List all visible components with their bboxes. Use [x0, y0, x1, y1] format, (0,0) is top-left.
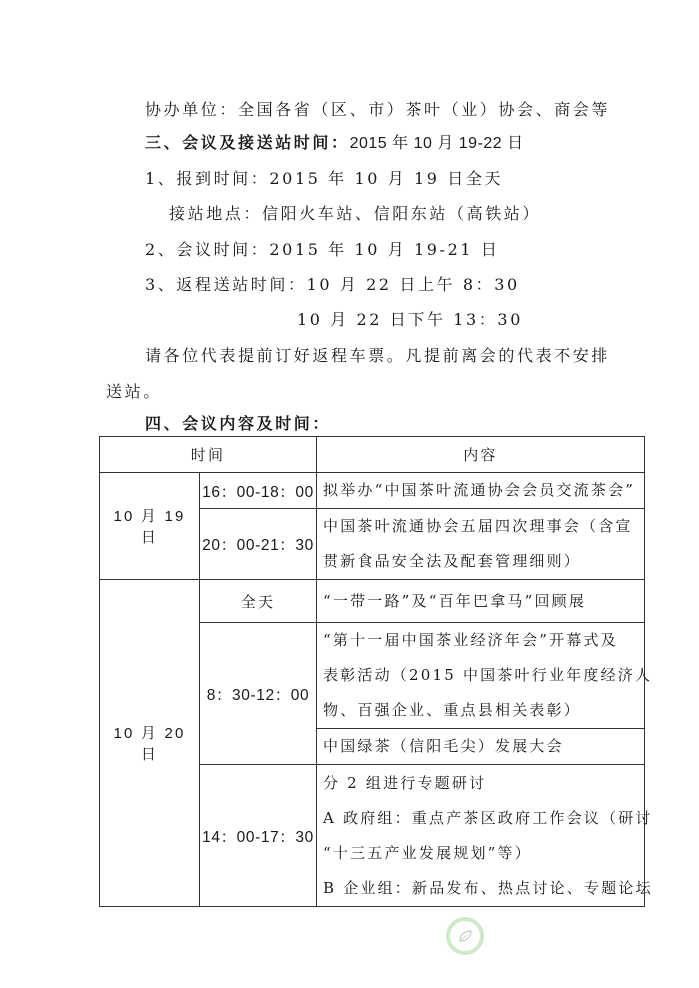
time-cell: 14：00-17：30: [200, 765, 317, 907]
time-cell: 全天: [200, 580, 317, 623]
section3-heading: 三、会议及接送站时间：2015 年 10 月 19-22 日: [145, 133, 524, 154]
date-cell: 10 月 20 日: [100, 580, 200, 907]
content-cell: “第十一届中国茶业经济年会”开幕式及 表彰活动（2015 中国茶叶行业年度经济人…: [317, 623, 645, 729]
registration-time: 1、报到时间：2015 年 10 月 19 日全天: [145, 169, 503, 189]
content-cell: 分 2 组进行专题研讨 A 政府组：重点产茶区政府工作会议（研讨 “十三五产业发…: [317, 765, 645, 907]
date-cell: 10 月 19 日: [100, 473, 200, 580]
return-time: 3、返程送站时间：10 月 22 日上午 8：30: [145, 275, 520, 295]
leaf-glyph-icon: [456, 927, 474, 945]
content-line: “一带一路”及“百年巴拿马”回顾展: [323, 584, 638, 619]
meeting-time: 2、会议时间：2015 年 10 月 19-21 日: [145, 240, 499, 260]
header-content: 内容: [317, 437, 645, 473]
notice-text-line1: 请各位代表提前订好返程车票。凡提前离会的代表不安排: [145, 346, 610, 366]
content-line: A 政府组：重点产茶区政府工作会议（研讨: [323, 801, 638, 836]
content-line: 分 2 组进行专题研讨: [323, 766, 638, 801]
table-row: 10 月 19 日 16：00-18：00 拟举办“中国茶叶流通协会会员交流茶会…: [100, 473, 645, 509]
time-cell: 20：00-21：30: [200, 509, 317, 580]
content-line: 中国绿茶（信阳毛尖）发展大会: [323, 729, 638, 764]
content-line: 贯新食品安全法及配套管理细则）: [323, 544, 638, 579]
content-line: 中国茶叶流通协会五届四次理事会（含宣: [323, 509, 638, 544]
content-cell: “一带一路”及“百年巴拿马”回顾展: [317, 580, 645, 623]
section3-heading-date: 2015 年 10 月 19-22 日: [350, 135, 524, 152]
section3-heading-label: 三、会议及接送站时间：: [145, 133, 350, 152]
tea-leaf-icon: [446, 917, 484, 955]
content-line: 拟举办“中国茶叶流通协会会员交流茶会”: [323, 473, 638, 508]
return-time-continued: 10 月 22 日下午 13：30: [297, 310, 523, 330]
content-cell: 拟举办“中国茶叶流通协会会员交流茶会”: [317, 473, 645, 509]
content-line: B 企业组：新品发布、热点讨论、专题论坛: [323, 871, 638, 906]
time-cell: 16：00-18：00: [200, 473, 317, 509]
content-line: “第十一届中国茶业经济年会”开幕式及: [323, 623, 638, 658]
table-row: 10 月 20 日 全天 “一带一路”及“百年巴拿马”回顾展: [100, 580, 645, 623]
header-time: 时间: [100, 437, 317, 473]
content-line: “十三五产业发展规划”等）: [323, 836, 638, 871]
time-cell: 8：30-12：00: [200, 623, 317, 765]
content-line: 表彰活动（2015 中国茶叶行业年度经济人: [323, 658, 638, 693]
notice-text-line2: 送站。: [106, 382, 162, 402]
content-cell: 中国茶叶流通协会五届四次理事会（含宣 贯新食品安全法及配套管理细则）: [317, 509, 645, 580]
content-cell: 中国绿茶（信阳毛尖）发展大会: [317, 729, 645, 765]
section4-heading: 四、会议内容及时间：: [145, 414, 331, 434]
pickup-location: 接站地点：信阳火车站、信阳东站（高铁站）: [169, 204, 541, 224]
schedule-table: 时间 内容 10 月 19 日 16：00-18：00 拟举办“中国茶叶流通协会…: [99, 436, 645, 907]
table-header-row: 时间 内容: [100, 437, 645, 473]
content-line: 物、百强企业、重点县相关表彰）: [323, 693, 638, 728]
co-organizer-text: 协办单位：全国各省（区、市）茶叶（业）协会、商会等: [145, 100, 610, 120]
